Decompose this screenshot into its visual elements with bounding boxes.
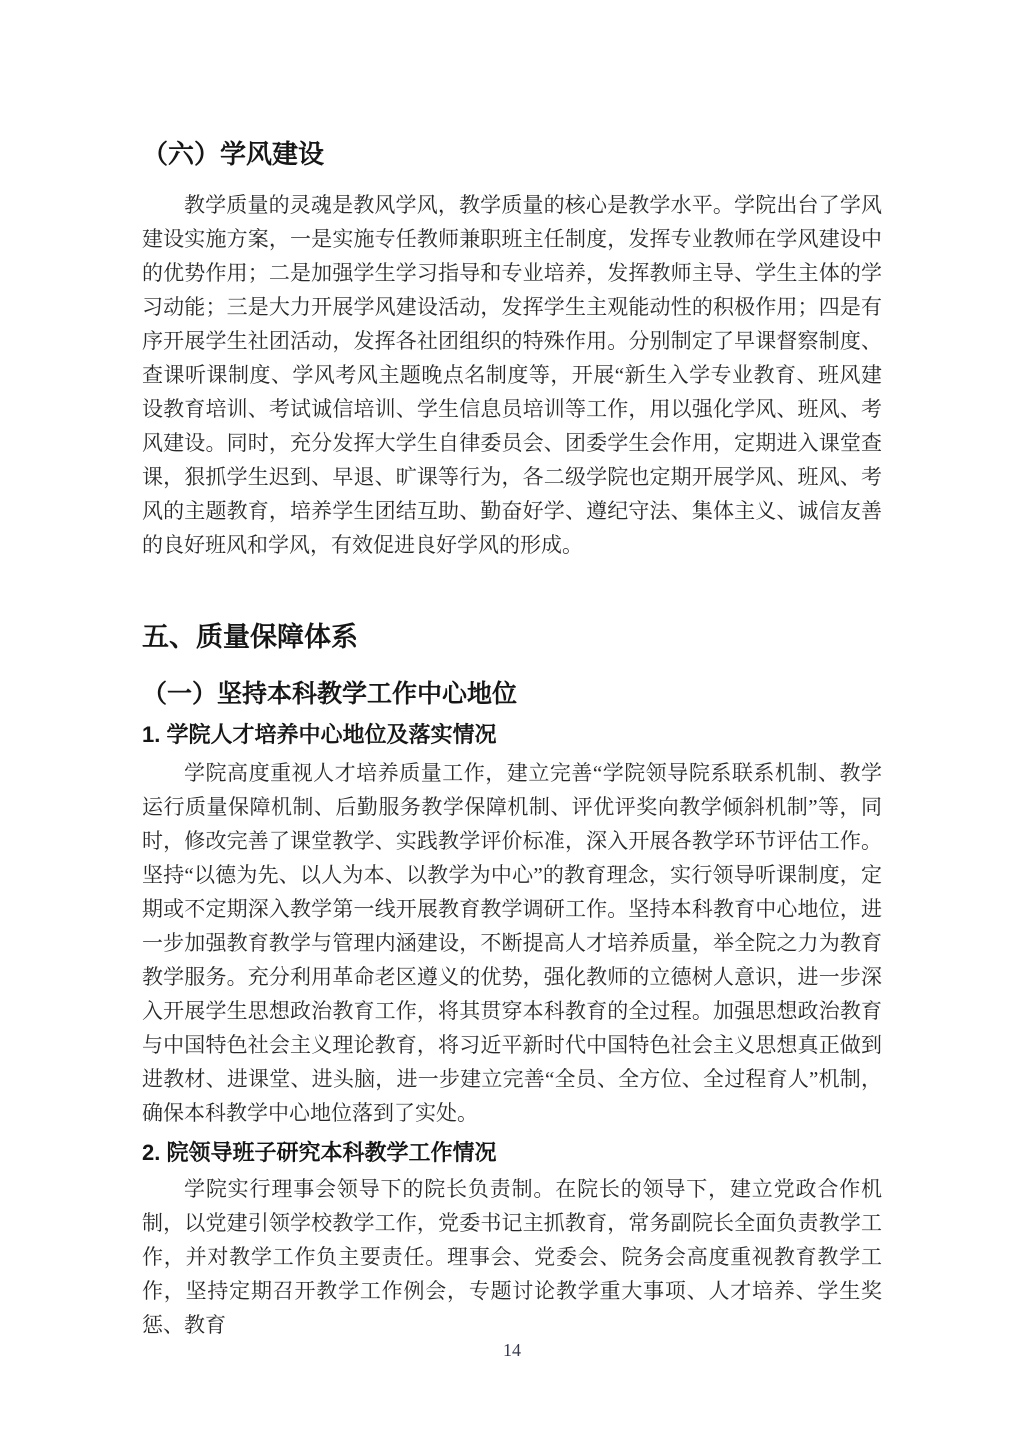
paragraph-leadership-research: 学院实行理事会领导下的院长负责制。在院长的领导下，建立党政合作机制，以党建引领学… xyxy=(142,1172,882,1342)
chapter-heading-quality-assurance: 五、质量保障体系 xyxy=(142,618,882,656)
section-heading-teaching-center: （一）坚持本科教学工作中心地位 xyxy=(142,676,882,712)
paragraph-talent-cultivation: 学院高度重视人才培养质量工作，建立完善“学院领导院系联系机制、教学运行质量保障机… xyxy=(142,756,882,1130)
subsection-heading-talent-cultivation: 1. 学院人才培养中心地位及落实情况 xyxy=(142,720,882,750)
section-heading-study-style: （六）学风建设 xyxy=(142,136,882,172)
page-number: 14 xyxy=(0,1338,1024,1362)
subsection-heading-leadership-research: 2. 院领导班子研究本科教学工作情况 xyxy=(142,1138,882,1168)
paragraph-study-style: 教学质量的灵魂是教风学风，教学质量的核心是教学水平。学院出台了学风建设实施方案，… xyxy=(142,188,882,562)
document-page: （六）学风建设 教学质量的灵魂是教风学风，教学质量的核心是教学水平。学院出台了学… xyxy=(0,0,1024,1448)
document-content: （六）学风建设 教学质量的灵魂是教风学风，教学质量的核心是教学水平。学院出台了学… xyxy=(142,0,882,1342)
